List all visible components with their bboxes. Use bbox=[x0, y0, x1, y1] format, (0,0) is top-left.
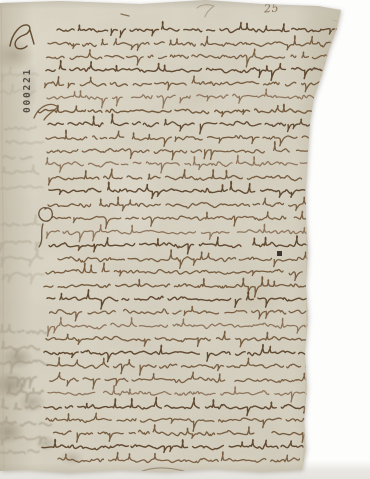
paper-sheet: 000221 25 bbox=[0, 0, 370, 479]
manuscript-scan: 000221 25 bbox=[0, 0, 370, 479]
archive-stamp-number: 000221 bbox=[22, 68, 33, 113]
paper-grain-texture bbox=[0, 0, 370, 479]
ink-dot bbox=[277, 251, 282, 256]
folio-number: 25 bbox=[264, 1, 280, 15]
manuscript-art-layer bbox=[0, 0, 370, 479]
paper-shadow-wrap: 000221 25 bbox=[0, 0, 370, 479]
